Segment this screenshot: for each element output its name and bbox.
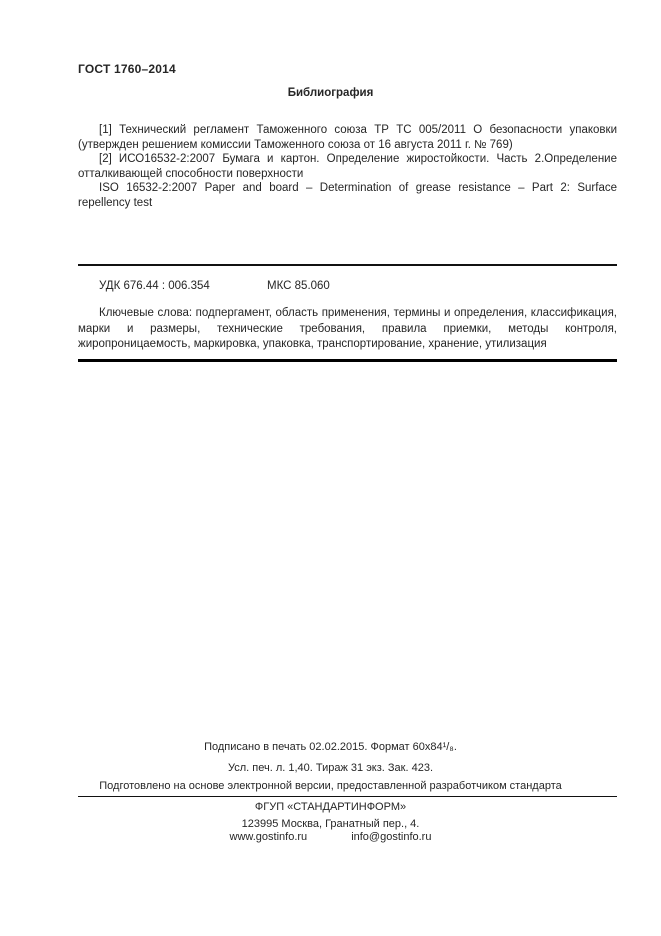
udk-code: УДК 676.44 : 006.354 (99, 280, 210, 292)
bibliography-section: [1] Технический регламент Таможенного со… (78, 123, 617, 210)
section-title: Библиография (0, 87, 661, 99)
section-end-rule (78, 359, 617, 362)
imprint-line-1: Подписано в печать 02.02.2015. Формат 60… (0, 741, 661, 754)
publisher-name: ФГУП «СТАНДАРТИНФОРМ» (0, 801, 661, 814)
publisher-address: 123995 Москва, Гранатный пер., 4. (0, 818, 661, 831)
keywords-paragraph: Ключевые слова: подпергамент, область пр… (78, 306, 617, 353)
footer-separator-line (78, 796, 617, 797)
imprint-line-3: Подготовлено на основе электронной верси… (0, 780, 661, 793)
mks-code: МКС 85.060 (267, 280, 330, 292)
publisher-email: info@gostinfo.ru (351, 831, 431, 844)
bibliography-entry-3: ISO 16532-2:2007 Paper and board – Deter… (78, 181, 617, 210)
separator-line-top (78, 264, 617, 266)
imprint-line-2: Усл. печ. л. 1,40. Тираж 31 экз. Зак. 42… (0, 762, 661, 775)
doc-number: ГОСТ 1760–2014 (78, 62, 176, 76)
bibliography-entry-1: [1] Технический регламент Таможенного со… (78, 123, 617, 152)
publisher-contacts: www.gostinfo.ru info@gostinfo.ru (0, 831, 661, 844)
document-page: ГОСТ 1760–2014 Библиография [1] Техничес… (0, 0, 661, 936)
publisher-website: www.gostinfo.ru (230, 831, 308, 844)
bibliography-entry-2: [2] ИСО16532-2:2007 Бумага и картон. Опр… (78, 152, 617, 181)
